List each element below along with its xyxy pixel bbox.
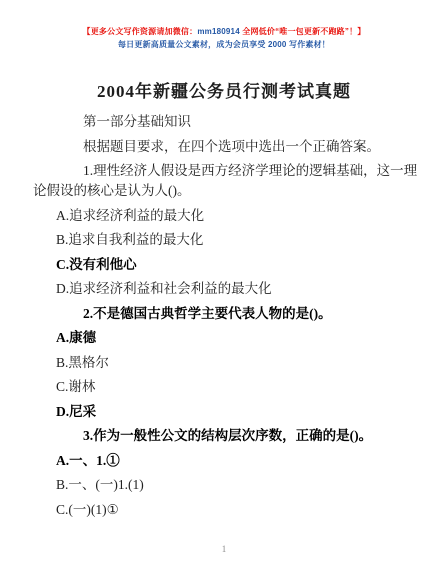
question-1-option-c: C.没有利他心 [33, 255, 421, 275]
page-number: 1 [0, 544, 448, 554]
document-page: 【更多公文写作资源请加微信：mm180914 全网低价“唯一包更新不跑路”！】 … [0, 0, 448, 520]
question-2-option-a: A.康德 [33, 328, 421, 348]
doc-title: 2004年新疆公务员行测考试真题 [0, 81, 448, 103]
question-2-option-c: C.谢林 [33, 377, 421, 397]
question-1-stem: 1.理性经济人假设是西方经济学理论的逻辑基础，这一理论假设的核心是认为人()。 [33, 161, 421, 201]
question-3-stem: 3.作为一般性公文的结构层次序数，正确的是()。 [33, 426, 421, 446]
wechat-id: mm180914 [197, 27, 240, 36]
question-2-option-b: B.黑格尔 [33, 353, 421, 373]
question-1-option-b: B.追求自我利益的最大化 [33, 230, 421, 250]
promo-line-1: 【更多公文写作资源请加微信：mm180914 全网低价“唯一包更新不跑路”！】 [0, 25, 448, 38]
question-1-option-a: A.追求经济利益的最大化 [33, 206, 421, 226]
promo-line-2: 每日更新高质量公文素材，成为会员享受 2000 写作素材！ [0, 38, 448, 51]
section-heading: 第一部分基础知识 [33, 112, 421, 132]
promo-line-1-suffix: 全网低价“唯一包更新不跑路”！】 [240, 27, 366, 36]
promo-banner: 【更多公文写作资源请加微信：mm180914 全网低价“唯一包更新不跑路”！】 … [0, 0, 448, 51]
question-3-option-a: A.一、1.① [33, 451, 421, 471]
instructions: 根据题目要求，在四个选项中选出一个正确答案。 [33, 137, 421, 157]
promo-line-1-prefix: 【更多公文写作资源请加微信： [83, 27, 198, 36]
question-3-option-c: C.(一)(1)① [33, 500, 421, 520]
question-2-option-d: D.尼采 [33, 402, 421, 422]
question-1-option-d: D.追求经济利益和社会利益的最大化 [33, 279, 421, 299]
question-3-option-b: B.一、(一)1.(1) [33, 475, 421, 495]
doc-body: 第一部分基础知识 根据题目要求，在四个选项中选出一个正确答案。 1.理性经济人假… [33, 112, 421, 520]
question-2-stem: 2.不是德国古典哲学主要代表人物的是()。 [33, 304, 421, 324]
